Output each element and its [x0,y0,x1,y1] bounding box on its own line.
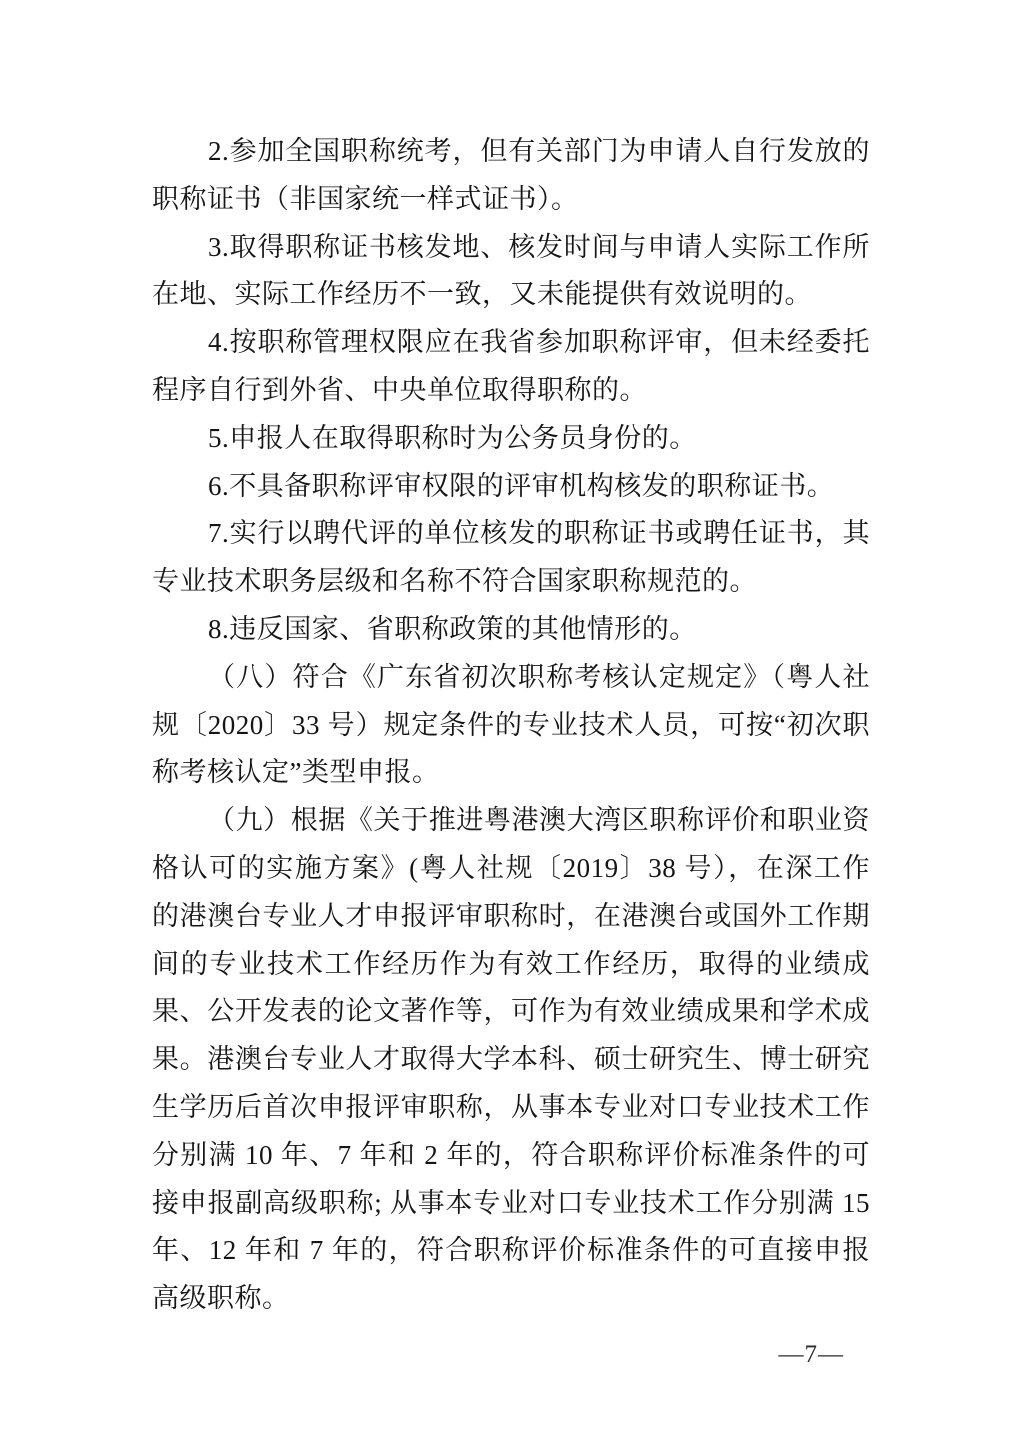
text-line: 高级职称。 [152,1275,870,1323]
text-line: 8.违反国家、省职称政策的其他情形的。 [152,606,870,654]
text-line: 间的专业技术工作经历作为有效工作经历，取得的业绩成 [152,941,870,989]
text-line: 果。港澳台专业人才取得大学本科、硕士研究生、博士研究 [152,1036,870,1084]
text-line: 接申报副高级职称; 从事本专业对口专业技术工作分别满 15 [152,1180,870,1228]
text-line: 称考核认定”类型申报。 [152,749,870,797]
text-line: 在地、实际工作经历不一致，又未能提供有效说明的。 [152,271,870,319]
text-line: （八）符合《广东省初次职称考核认定规定》（粤人社 [152,654,870,702]
text-line: 专业技术职务层级和名称不符合国家职称规范的。 [152,558,870,606]
text-line: 6.不具备职称评审权限的评审机构核发的职称证书。 [152,463,870,511]
text-line: 格认可的实施方案》(粤人社规〔2019〕38 号），在深工作 [152,845,870,893]
text-line: 2.参加全国职称统考，但有关部门为申请人自行发放的 [152,128,870,176]
text-line: 分别满 10 年、7 年和 2 年的，符合职称评价标准条件的可直 [152,1132,870,1180]
page-number: —7— [779,1340,845,1370]
text-line: 7.实行以聘代评的单位核发的职称证书或聘任证书，其 [152,510,870,558]
text-line: 5.申报人在取得职称时为公务员身份的。 [152,415,870,463]
text-line: 的港澳台专业人才申报评审职称时，在港澳台或国外工作期 [152,893,870,941]
document-body: 2.参加全国职称统考，但有关部门为申请人自行发放的 职称证书（非国家统一样式证书… [152,128,870,1323]
text-line: 程序自行到外省、中央单位取得职称的。 [152,367,870,415]
text-line: 生学历后首次申报评审职称，从事本专业对口专业技术工作 [152,1084,870,1132]
document-page: 2.参加全国职称统考，但有关部门为申请人自行发放的 职称证书（非国家统一样式证书… [0,0,1024,1448]
text-line: 果、公开发表的论文著作等，可作为有效业绩成果和学术成 [152,988,870,1036]
text-line: 4.按职称管理权限应在我省参加职称评审，但未经委托 [152,319,870,367]
text-line: （九）根据《关于推进粤港澳大湾区职称评价和职业资 [152,797,870,845]
text-line: 规〔2020〕33 号）规定条件的专业技术人员，可按“初次职 [152,702,870,750]
text-line: 3.取得职称证书核发地、核发时间与申请人实际工作所 [152,224,870,272]
text-line: 职称证书（非国家统一样式证书）。 [152,176,870,224]
text-line: 年、12 年和 7 年的，符合职称评价标准条件的可直接申报正 [152,1227,870,1275]
